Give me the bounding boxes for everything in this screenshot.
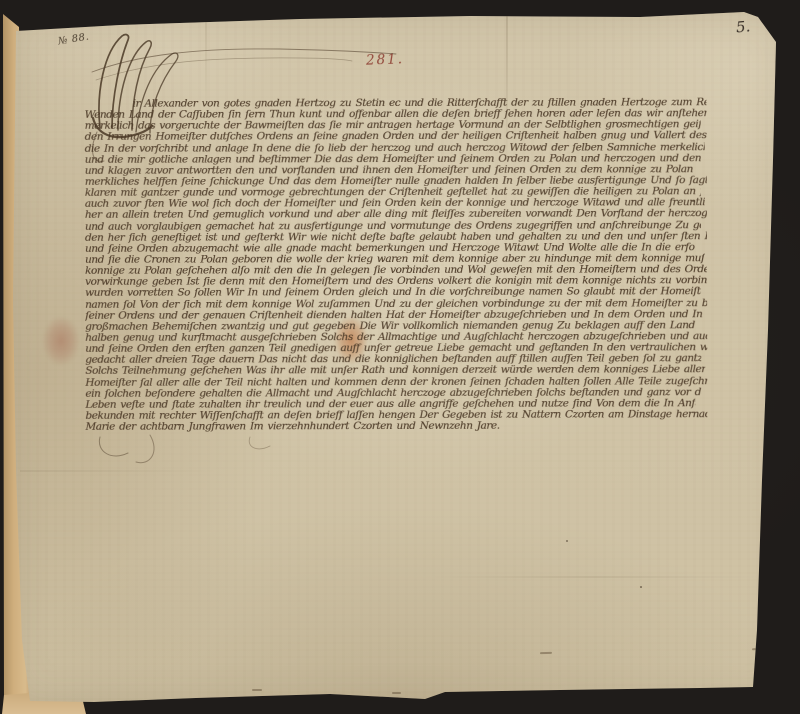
stain-blotch [42,316,80,366]
pen-mark-dash [252,689,262,691]
scan-background: № 88. 281. 5. J 28 [0,0,800,714]
page-number: 5. [735,17,751,36]
pen-mark-dash [752,648,762,650]
fold-crease-horizontal [430,576,760,578]
manuscript-line: Marie der achtbarn Jungfrawen Im vierzeh… [85,421,515,433]
pen-mark-dash [540,652,552,654]
archival-number: № 88. [57,32,90,48]
pen-mark-dash [392,692,401,694]
manuscript-lines: ir Allexander von gotes gnaden Hertzog z… [85,97,708,433]
paraph-flourish [99,435,270,463]
parchment-sheet: № 88. 281. 5. J 28 [0,0,800,714]
ink-speck [640,586,642,588]
manuscript-line: bekunden mit rechter Wiſſenſchafft an de… [85,409,707,422]
folio-number: 281. [366,51,405,68]
fold-crease-horizontal [20,470,220,472]
ink-speck [566,540,568,542]
